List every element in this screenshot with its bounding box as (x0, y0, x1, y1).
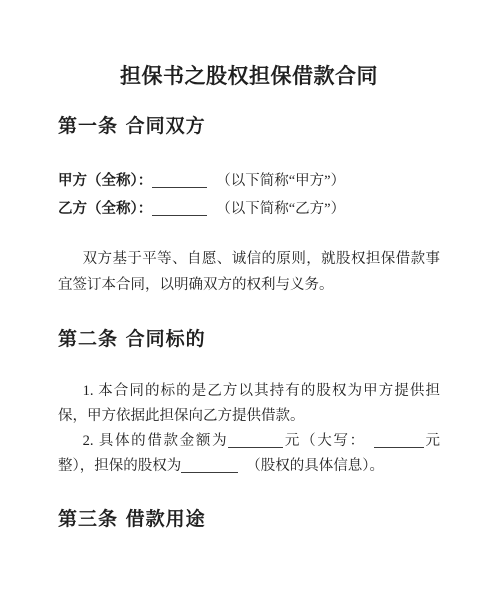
document-page: 担保书之股权担保借款合同 第一条 合同双方 甲方（全称）：（以下简称“甲方”） … (0, 0, 500, 597)
clause-2-text-1: 2. 具体的借款金额为 (83, 433, 229, 449)
clause-2-text-2: 元（大写： (283, 433, 366, 449)
document-title: 担保书之股权担保借款合同 (58, 61, 440, 91)
intro-paragraph: 双方基于平等、自愿、诚信的原则，就股权担保借款事宜签订本合同，以明确双方的权利与… (58, 247, 440, 298)
party-a-blank-field (152, 176, 207, 188)
party-b-suffix: （以下简称“乙方”） (216, 201, 345, 217)
section-2-heading: 第二条 合同标的 (58, 327, 440, 351)
clause-1-paragraph: 1. 本合同的标的是乙方以其持有的股权为甲方提供担保，甲方依据此担保向乙方提供借… (58, 379, 440, 429)
party-a-label: 甲方（全称）： (58, 173, 152, 189)
section-1-heading: 第一条 合同双方 (58, 114, 440, 138)
section-3-heading: 第三条 借款用途 (58, 507, 440, 531)
loan-amount-blank-field (228, 436, 283, 448)
party-a-line: 甲方（全称）：（以下简称“甲方”） (58, 167, 440, 195)
party-a-suffix: （以下简称“甲方”） (216, 173, 345, 189)
clause-2-paragraph: 2. 具体的借款金额为元（大写：元整），担保的股权为（股权的具体信息）。 (58, 429, 440, 479)
party-b-label: 乙方（全称）： (58, 201, 152, 217)
parties-block: 甲方（全称）：（以下简称“甲方”） 乙方（全称）：（以下简称“乙方”） (58, 167, 440, 223)
party-b-line: 乙方（全称）：（以下简称“乙方”） (58, 195, 440, 223)
clause-2-text-4: （股权的具体信息）。 (246, 458, 384, 474)
amount-in-words-blank-field (374, 436, 424, 448)
party-b-blank-field (152, 204, 207, 216)
equity-details-blank-field (181, 461, 238, 473)
